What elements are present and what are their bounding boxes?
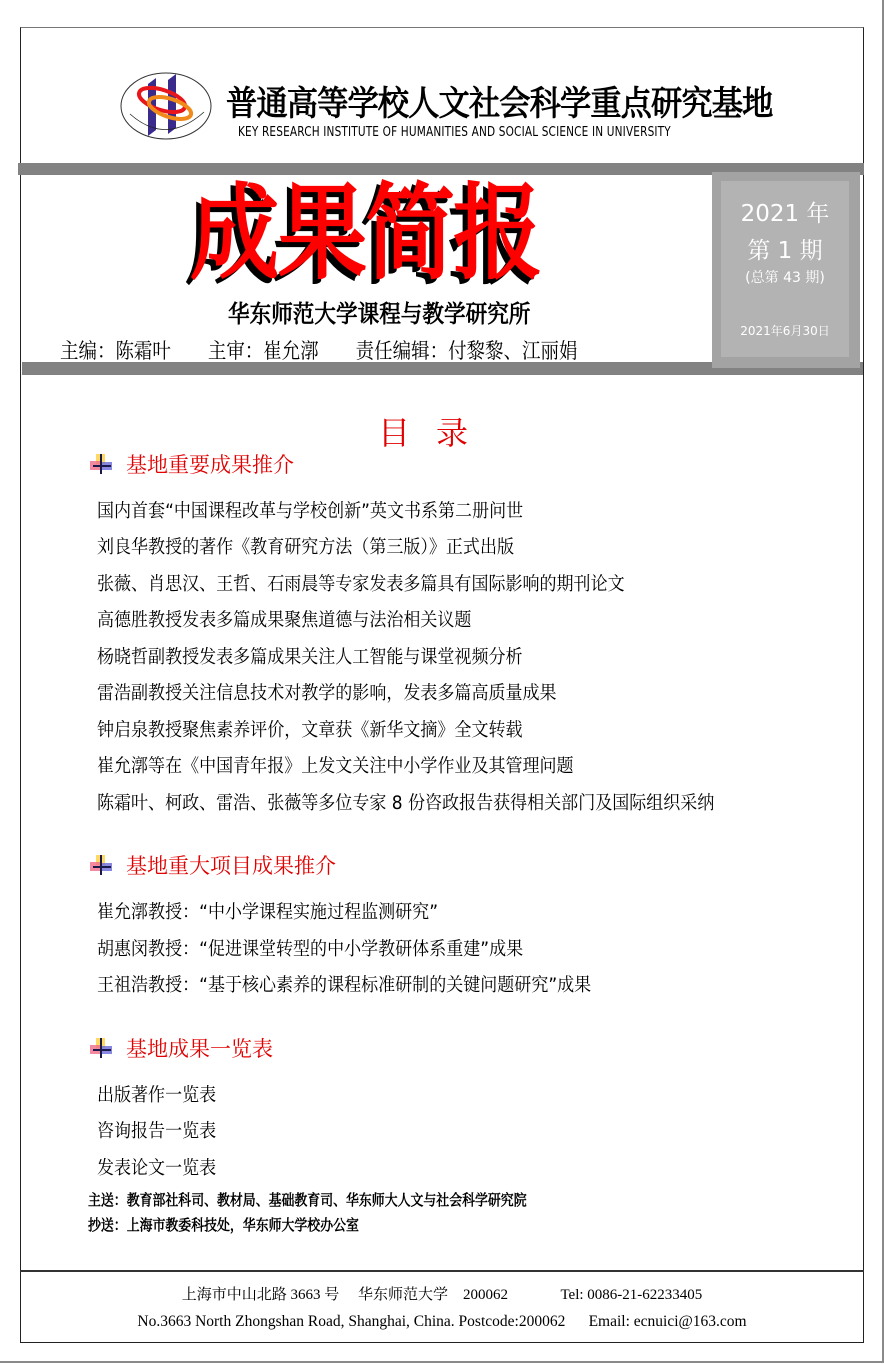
section-heading-text: 基地重大项目成果推介 [126, 854, 336, 878]
issue-date: 2021年6月30日 [721, 322, 849, 339]
toc-item[interactable]: 高德胜教授发表多篇成果聚焦道德与法治相关议题 [97, 606, 471, 632]
footer-divider [20, 1270, 864, 1272]
toc-item[interactable]: 崔允漷等在《中国青年报》上发文关注中小学作业及其管理问题 [97, 752, 574, 778]
toc-item[interactable]: 发表论文一览表 [97, 1154, 216, 1180]
toc-item[interactable]: 出版著作一览表 [97, 1081, 216, 1107]
org-subtitle: KEY RESEARCH INSTITUTE OF HUMANITIES AND… [238, 124, 671, 140]
issue-number: 第 1 期 [721, 232, 849, 265]
section-heading-major-projects: 基地重大项目成果推介 [90, 850, 336, 880]
toc-item[interactable]: 杨晓哲副教授发表多篇成果关注人工智能与课堂视频分析 [97, 643, 523, 669]
toc-item[interactable]: 咨询报告一览表 [97, 1117, 216, 1143]
section-heading-text: 基地重要成果推介 [126, 453, 294, 477]
issue-total: (总第 43 期) [721, 267, 849, 287]
editors-line: 主编：陈霜叶主审：崔允漷责任编辑：付黎黎、江丽娟 [60, 335, 577, 365]
chief-editor: 主编：陈霜叶 [60, 339, 171, 363]
org-title: 普通高等学校人文社会科学重点研究基地 [226, 76, 772, 125]
section-heading-text: 基地成果一览表 [126, 1037, 273, 1061]
footer-address-cn: 上海市中山北路 3663 号 华东师范大学 200062 Tel: 0086-2… [0, 1283, 884, 1304]
issue-box-inner: 2021 年 第 1 期 (总第 43 期) 2021年6月30日 [721, 181, 849, 357]
toc-item[interactable]: 钟启泉教授聚焦素养评价，文章获《新华文摘》全文转载 [97, 716, 523, 742]
bullet-icon [90, 855, 112, 875]
toc-item[interactable]: 陈霜叶、柯政、雷浩、张薇等多位专家 8 份咨政报告获得相关部门及国际组织采纳 [97, 789, 714, 815]
bullet-icon [90, 454, 112, 474]
chief-reviewer: 主审：崔允漷 [208, 339, 319, 363]
issue-year: 2021 年 [721, 195, 849, 228]
responsible-editors: 责任编辑：付黎黎、江丽娟 [356, 339, 578, 363]
footer-address-en: No.3663 North Zhongshan Road, Shanghai, … [0, 1313, 884, 1331]
toc-title: 目录 [378, 408, 494, 454]
toc-item[interactable]: 胡惠闵教授：“促进课堂转型的中小学教研体系重建”成果 [97, 935, 523, 961]
toc-item[interactable]: 崔允漷教授：“中小学课程实施过程监测研究” [97, 898, 438, 924]
section-heading-key-results: 基地重要成果推介 [90, 449, 294, 479]
toc-item[interactable]: 刘良华教授的著作《教育研究方法（第三版）》正式出版 [97, 533, 514, 559]
institute-logo-icon [118, 66, 214, 142]
bullet-icon [90, 1038, 112, 1058]
section-heading-results-list: 基地成果一览表 [90, 1033, 273, 1063]
distribution-cc: 抄送：上海市教委科技处，华东师大学校办公室 [88, 1214, 359, 1235]
toc-item[interactable]: 张薇、肖思汉、王哲、石雨晨等专家发表多篇具有国际影响的期刊论文 [97, 570, 625, 596]
distribution-main: 主送：教育部社科司、教材局、基础教育司、华东师大人文与社会科学研究院 [88, 1189, 527, 1210]
toc-item[interactable]: 王祖浩教授：“基于核心素养的课程标准研制的关键问题研究”成果 [97, 971, 591, 997]
toc-item[interactable]: 雷浩副教授关注信息技术对教学的影响，发表多篇高质量成果 [97, 679, 557, 705]
institute-name: 华东师范大学课程与教学研究所 [228, 294, 530, 329]
issue-box: 2021 年 第 1 期 (总第 43 期) 2021年6月30日 [712, 172, 860, 368]
toc-item[interactable]: 国内首套“中国课程改革与学校创新”英文书系第二册问世 [97, 497, 523, 523]
bulletin-title: 成果简报 [190, 176, 541, 290]
